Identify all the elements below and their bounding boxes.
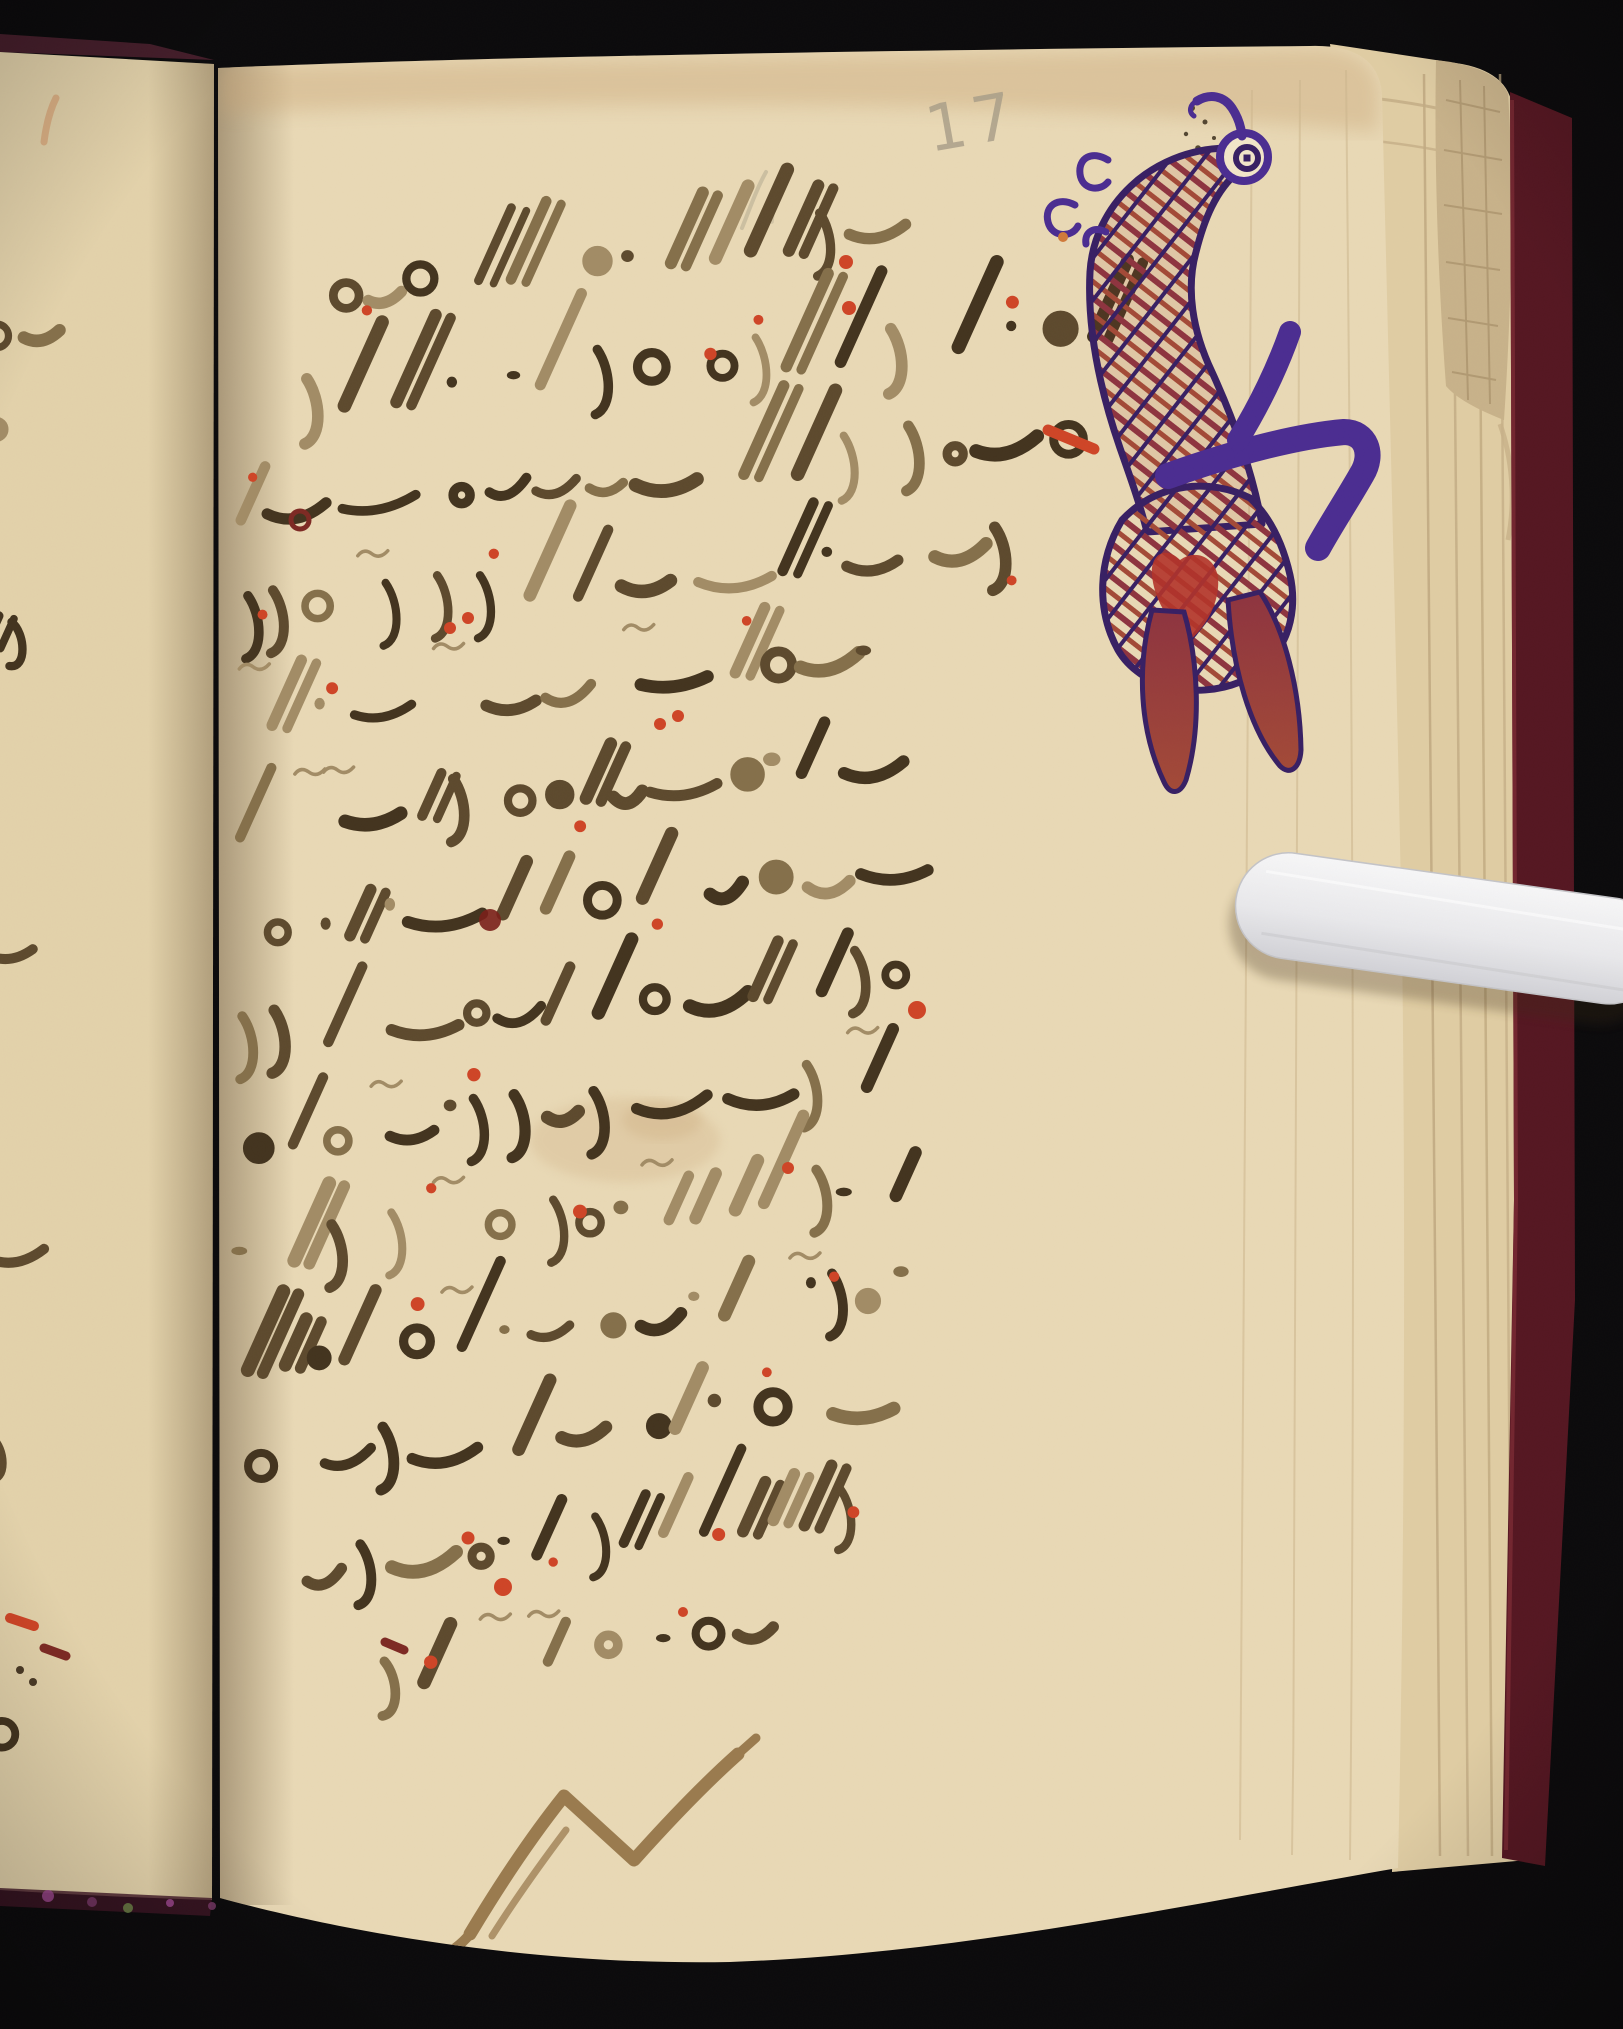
- manuscript-photograph: 17: [0, 0, 1623, 2029]
- vignette: [0, 0, 1623, 2029]
- manuscript-scene: 17: [0, 0, 1623, 2029]
